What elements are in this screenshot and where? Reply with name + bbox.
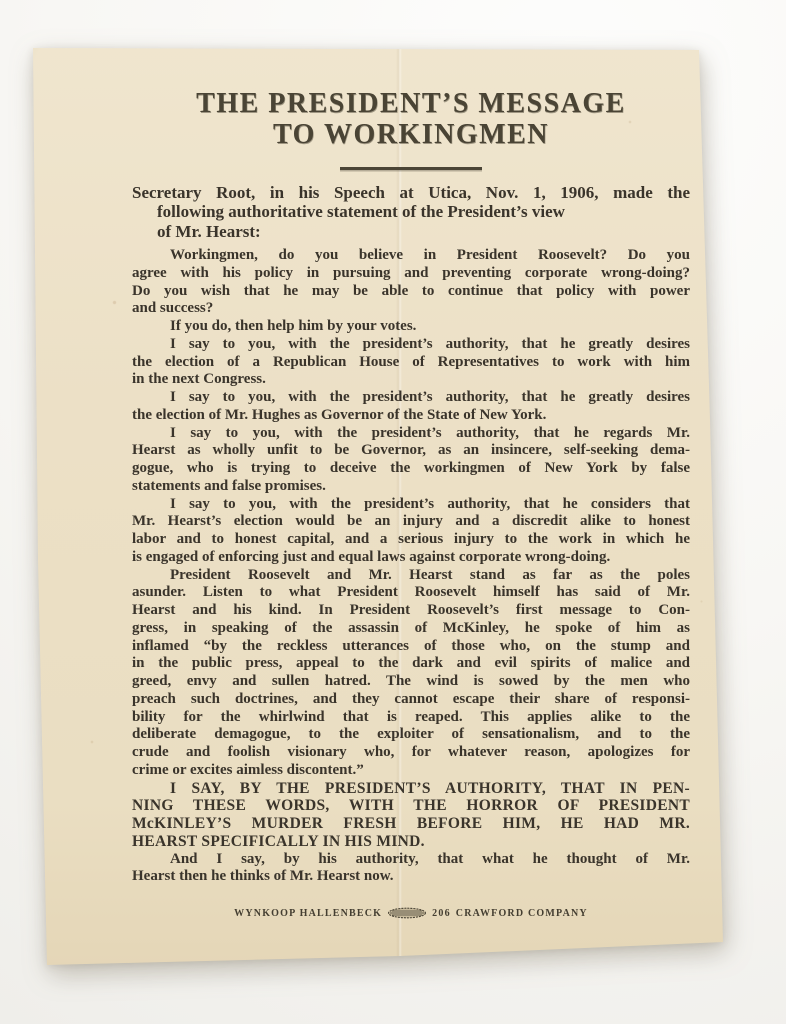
body-paragraph: Workingmen, do you believe in President …: [132, 247, 690, 318]
broadside-sheet: THE PRESIDENT’S MESSAGE TO WORKINGMEN Se…: [0, 0, 786, 1024]
text-line: inflamed “by the reckless utterances of …: [132, 638, 690, 656]
text-line: Mr. Hearst’s election would be an injury…: [132, 513, 690, 531]
body-paragraph: If you do, then help him by your votes.: [132, 318, 690, 336]
text-line: Secretary Root, in his Speech at Utica, …: [132, 183, 690, 202]
body-paragraph: I SAY, BY THE PRESIDENT’S AUTHORITY, THA…: [132, 780, 690, 851]
text-line: Hearst as wholly unfit to be Governor, a…: [132, 442, 690, 460]
body-paragraph: I say to you, with the president’s autho…: [132, 496, 690, 567]
text-line: crime or excites aimless discontent.”: [132, 762, 690, 780]
intro-paragraph: Secretary Root, in his Speech at Utica, …: [132, 183, 690, 241]
text-line: statements and false promises.: [132, 478, 690, 496]
text-line: preach such doctrines, and they cannot e…: [132, 691, 690, 709]
text-line: Hearst and his kind. In President Roosev…: [132, 602, 690, 620]
body-paragraph: I say to you, with the president’s autho…: [132, 389, 690, 425]
text-line: I say to you, with the president’s autho…: [132, 425, 690, 443]
body-paragraph: I say to you, with the president’s autho…: [132, 336, 690, 389]
printers-union-bug-icon: [387, 907, 427, 919]
title-line-1: THE PRESIDENT’S MESSAGE: [132, 88, 690, 119]
imprint-left-text: WYNKOOP HALLENBECK: [234, 908, 382, 919]
text-line: greed, envy and sullen hatred. The wind …: [132, 673, 690, 691]
paper-shadow-wrap: THE PRESIDENT’S MESSAGE TO WORKINGMEN Se…: [0, 0, 786, 1024]
text-line: bility for the whirlwind that is reaped.…: [132, 709, 690, 727]
text-line: crude and foolish visionary who, for wha…: [132, 744, 690, 762]
text-line: gress, in speaking of the assassin of Mc…: [132, 620, 690, 638]
text-line: McKINLEY’S MURDER FRESH BEFORE HIM, HE H…: [132, 815, 690, 833]
imprint-right-text: CRAWFORD COMPANY: [456, 908, 588, 919]
text-line: the election of Mr. Hughes as Governor o…: [132, 407, 690, 425]
text-line: Hearst then he thinks of Mr. Hearst now.: [132, 868, 690, 886]
document-title: THE PRESIDENT’S MESSAGE TO WORKINGMEN: [132, 88, 690, 150]
text-line: the election of a Republican House of Re…: [132, 354, 690, 372]
text-line: and success?: [132, 300, 690, 318]
text-line: deliberate demagogue, to the exploiter o…: [132, 726, 690, 744]
imprint-union-number: 206: [432, 908, 451, 919]
text-line: asunder. Listen to what President Roosev…: [132, 584, 690, 602]
text-line: I say to you, with the president’s autho…: [132, 336, 690, 354]
text-line: following authoritative statement of the…: [132, 202, 690, 221]
text-line: I say to you, with the president’s autho…: [132, 389, 690, 407]
text-line: If you do, then help him by your votes.: [132, 318, 690, 336]
text-line: Do you wish that he may be able to conti…: [132, 283, 690, 301]
printer-imprint: WYNKOOP HALLENBECK 206 CRAWFORD COMPANY: [132, 907, 690, 919]
body-text: Workingmen, do you believe in President …: [132, 247, 690, 886]
text-line: Workingmen, do you believe in President …: [132, 247, 690, 265]
title-divider-rule: [340, 167, 482, 170]
text-line: of Mr. Hearst:: [132, 222, 690, 241]
text-line: And I say, by his authority, that what h…: [132, 851, 690, 869]
text-line: in the public press, appeal to the dark …: [132, 655, 690, 673]
text-line: I say to you, with the president’s autho…: [132, 496, 690, 514]
text-line: NING THESE WORDS, WITH THE HORROR OF PRE…: [132, 797, 690, 815]
text-line: is engaged of enforcing just and equal l…: [132, 549, 690, 567]
text-line: HEARST SPECIFICALLY IN HIS MIND.: [132, 833, 690, 851]
body-paragraph: And I say, by his authority, that what h…: [132, 851, 690, 887]
text-line: gogue, who is trying to deceive the work…: [132, 460, 690, 478]
text-line: President Roosevelt and Mr. Hearst stand…: [132, 567, 690, 585]
title-line-2: TO WORKINGMEN: [132, 119, 690, 150]
text-line: I SAY, BY THE PRESIDENT’S AUTHORITY, THA…: [132, 780, 690, 798]
body-paragraph: I say to you, with the president’s autho…: [132, 425, 690, 496]
text-line: agree with his policy in pursuing and pr…: [132, 265, 690, 283]
text-line: labor and to honest capital, and a serio…: [132, 531, 690, 549]
photo-background: THE PRESIDENT’S MESSAGE TO WORKINGMEN Se…: [0, 0, 786, 1024]
body-paragraph: President Roosevelt and Mr. Hearst stand…: [132, 567, 690, 780]
printed-text-block: THE PRESIDENT’S MESSAGE TO WORKINGMEN Se…: [132, 88, 690, 919]
text-line: in the next Congress.: [132, 371, 690, 389]
